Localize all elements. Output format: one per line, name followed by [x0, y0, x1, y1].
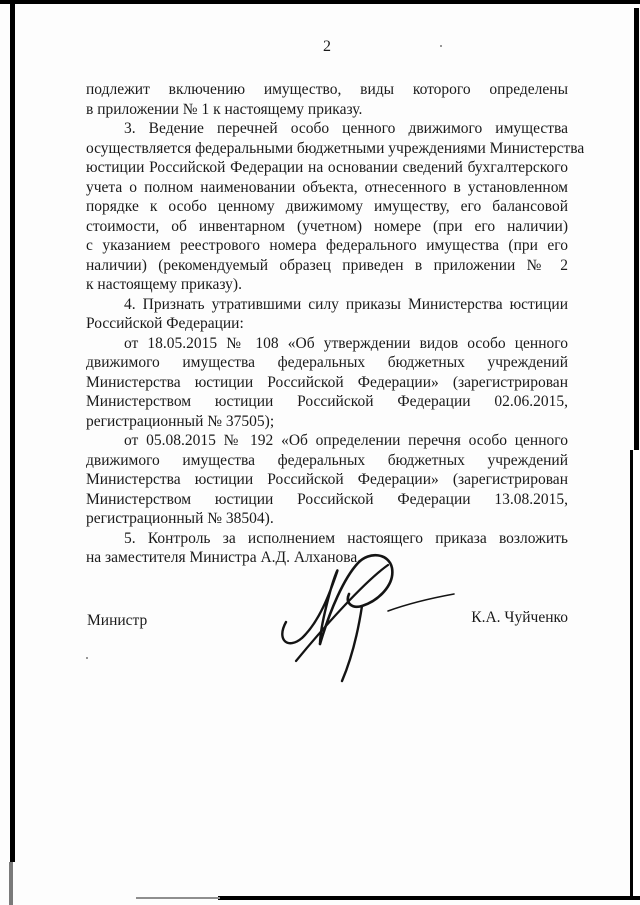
text-line: Российской Федерации: — [86, 314, 568, 334]
text-line: регистрационный № 38504). — [86, 509, 568, 529]
scan-edge-top — [0, 0, 640, 4]
text-line: 3. Ведение перечней особо ценного движим… — [86, 119, 568, 139]
document-text: подлежит включению имущество, виды котор… — [86, 80, 568, 568]
text-line: наличии) (рекомендуемый образец приведен… — [86, 256, 568, 276]
text-line: Министерством юстиции Российской Федерац… — [86, 392, 568, 412]
text-line: регистрационный № 37505); — [86, 412, 568, 432]
text-line: Министерства юстиции Российской Федераци… — [86, 373, 568, 393]
text-line: осуществляется федеральными бюджетными у… — [86, 139, 568, 159]
text-line: в приложении № 1 к настоящему приказу. — [86, 100, 568, 120]
scanned-document-page: { "page": { "number": "2" }, "document":… — [0, 0, 640, 905]
text-line: юстиции Российской Федерации на основани… — [86, 158, 568, 178]
scan-edge-right — [634, 8, 639, 450]
text-line: движимого имущества федеральных бюджетны… — [86, 451, 568, 471]
scan-edge-right-lower — [630, 450, 633, 897]
text-line: с указанием реестрового номера федеральн… — [86, 236, 568, 256]
text-line: от 18.05.2015 № 108 «Об утверждении видо… — [86, 334, 568, 354]
scan-edge-left — [10, 0, 15, 862]
minister-name: К.А. Чуйченко — [458, 609, 568, 627]
page-number: 2 — [86, 38, 568, 56]
text-line: 5. Контроль за исполнением настоящего пр… — [86, 529, 568, 549]
scan-edge-left-fade — [9, 862, 13, 905]
text-line: Министерства юстиции Российской Федераци… — [86, 470, 568, 490]
text-line: подлежит включению имущество, виды котор… — [86, 80, 568, 100]
scan-edge-bottom — [218, 896, 640, 900]
text-line: Министерством юстиции Российской Федерац… — [86, 490, 568, 510]
text-line: от 05.08.2015 № 192 «Об определении пере… — [86, 431, 568, 451]
signature-image — [272, 548, 466, 688]
text-line: учета о полном наименовании объекта, отн… — [86, 178, 568, 198]
text-line: порядке к особо ценному движимому имущес… — [86, 197, 568, 217]
ink-speck — [86, 657, 88, 659]
text-line: 4. Признать утратившими силу приказы Мин… — [86, 295, 568, 315]
text-line: стоимости, об инвентарном (учетном) номе… — [86, 217, 568, 237]
text-line: движимого имущества федеральных бюджетны… — [86, 353, 568, 373]
scan-edge-bottom-fade — [136, 897, 220, 899]
minister-title: Министр — [87, 612, 147, 630]
text-line: к настоящему приказу). — [86, 275, 568, 295]
